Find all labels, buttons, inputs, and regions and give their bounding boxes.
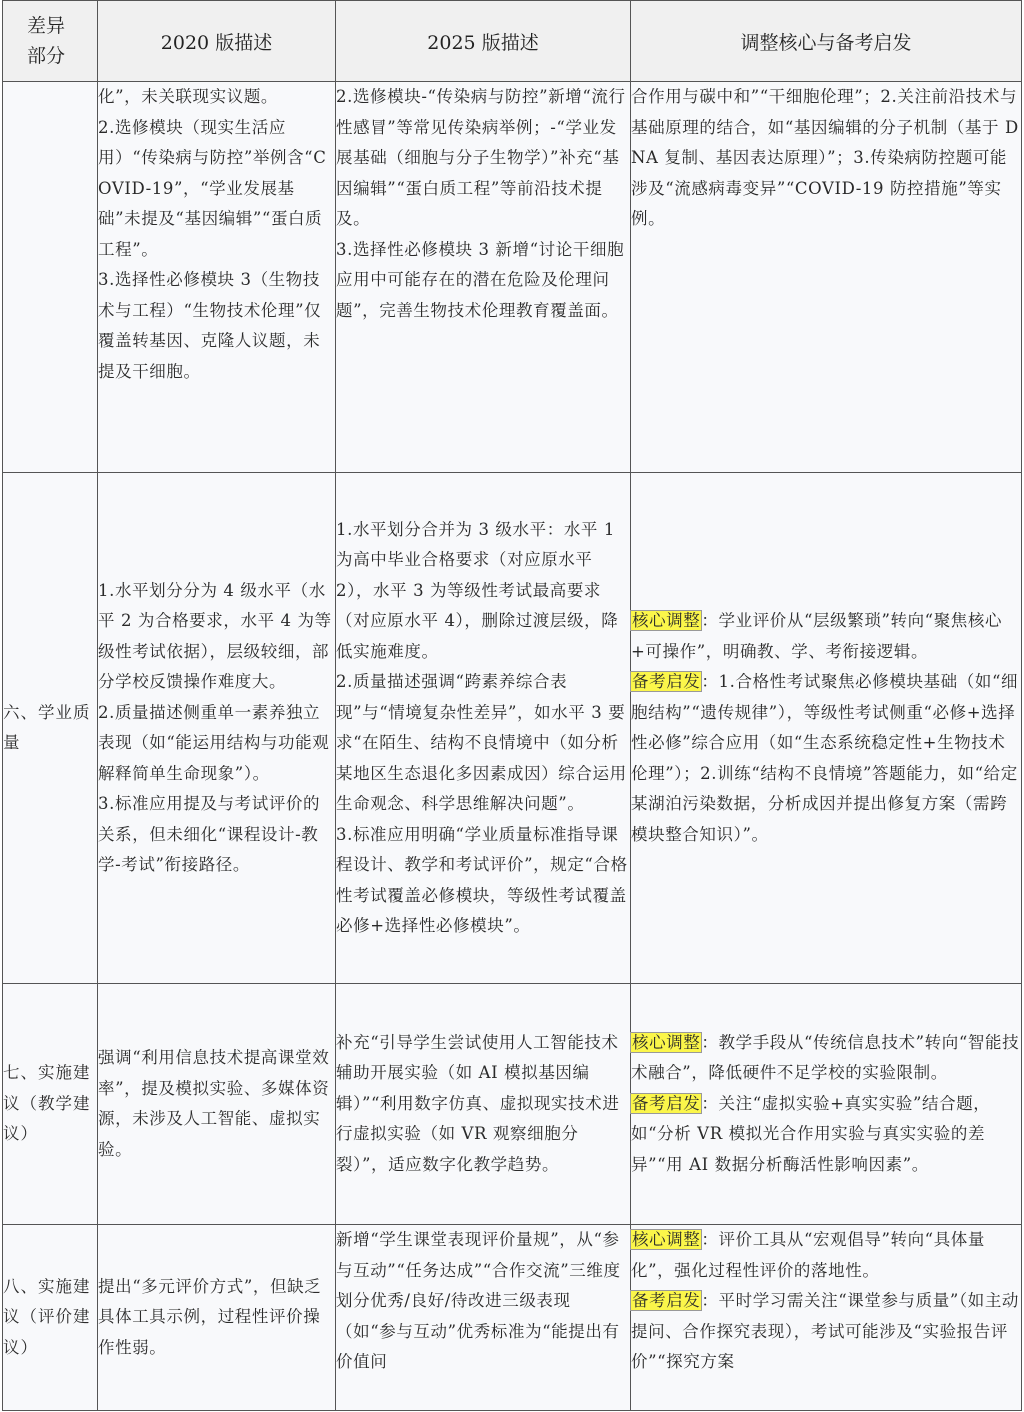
core-adjustment-label: 核心调整 [631,1230,701,1249]
section-cell [3,82,98,473]
table-row: 化”，未关联现实议题。 2.选修模块（现实生活应用）“传染病与防控”举例含“CO… [3,82,1022,473]
table-row: 七、实施建议（教学建议） 强调“利用信息技术提高课堂效率”，提及模拟实验、多媒体… [3,984,1022,1225]
core-adjustment: 核心调整：学业评价从“层级繁琐”转向“聚焦核心+可操作”，明确教、学、考衔接逻辑… [631,606,1021,667]
exam-prep-insight: 备考启发：1.合格性考试聚焦必修模块基础（如“细胞结构”“遗传规律”），等级性考… [631,667,1021,850]
header-2020-version: 2020 版描述 [98,1,336,82]
cell-2025: 新增“学生课堂表现评价量规”，从“参与互动”“任务达成”“合作交流”三维度划分优… [336,1225,631,1411]
exam-prep-label: 备考启发 [631,1094,701,1113]
cell-insights: 合作用与碳中和”“干细胞伦理”；2.关注前沿技术与基础原理的结合，如“基因编辑的… [631,82,1022,473]
cell-2020: 强调“利用信息技术提高课堂效率”，提及模拟实验、多媒体资源，未涉及人工智能、虚拟… [98,984,336,1225]
exam-prep-label: 备考启发 [631,1291,701,1310]
exam-prep-insight: 备考启发：关注“虚拟实验+真实实验”结合题，如“分析 VR 模拟光合作用实验与真… [631,1089,1021,1181]
header-core-insights: 调整核心与备考启发 [631,1,1022,82]
cell-2020: 提出“多元评价方式”，但缺乏具体工具示例，过程性评价操作性弱。 [98,1225,336,1411]
cell-insights: 核心调整：学业评价从“层级繁琐”转向“聚焦核心+可操作”，明确教、学、考衔接逻辑… [631,473,1022,984]
core-adjustment-label: 核心调整 [631,1033,701,1052]
core-adjustment-label: 核心调整 [631,611,701,630]
core-adjustment: 核心调整：教学手段从“传统信息技术”转向“智能技术融合”，降低硬件不足学校的实验… [631,1028,1021,1089]
cell-insights: 核心调整：评价工具从“宏观倡导”转向“具体量化”，强化过程性评价的落地性。 备考… [631,1225,1022,1411]
table-row: 八、实施建议（评价建议） 提出“多元评价方式”，但缺乏具体工具示例，过程性评价操… [3,1225,1022,1411]
cell-2020: 化”，未关联现实议题。 2.选修模块（现实生活应用）“传染病与防控”举例含“CO… [98,82,336,473]
cell-2025: 1.水平划分合并为 3 级水平：水平 1 为高中毕业合格要求（对应原水平 2），… [336,473,631,984]
table-row: 六、学业质量 1.水平划分分为 4 级水平（水平 2 为合格要求，水平 4 为等… [3,473,1022,984]
core-adjustment: 核心调整：评价工具从“宏观倡导”转向“具体量化”，强化过程性评价的落地性。 [631,1225,1021,1286]
header-diff-section: 差异 部分 [3,1,98,82]
cell-insights: 核心调整：教学手段从“传统信息技术”转向“智能技术融合”，降低硬件不足学校的实验… [631,984,1022,1225]
exam-prep-insight: 备考启发：平时学习需关注“课堂参与质量”（如主动提问、合作探究表现），考试可能涉… [631,1286,1021,1378]
cell-2025: 2.选修模块-“传染病与防控”新增“流行性感冒”等常见传染病举例；-“学业发展基… [336,82,631,473]
section-cell: 七、实施建议（教学建议） [3,984,98,1225]
cell-2020: 1.水平划分分为 4 级水平（水平 2 为合格要求，水平 4 为等级性考试依据）… [98,473,336,984]
table-header-row: 差异 部分 2020 版描述 2025 版描述 调整核心与备考启发 [3,1,1022,82]
section-cell: 六、学业质量 [3,473,98,984]
comparison-table: 差异 部分 2020 版描述 2025 版描述 调整核心与备考启发 化”，未关联… [2,0,1022,1411]
header-2025-version: 2025 版描述 [336,1,631,82]
exam-prep-label: 备考启发 [631,672,701,691]
section-cell: 八、实施建议（评价建议） [3,1225,98,1411]
cell-2025: 补充“引导学生尝试使用人工智能技术辅助开展实验（如 AI 模拟基因编辑）”“利用… [336,984,631,1225]
